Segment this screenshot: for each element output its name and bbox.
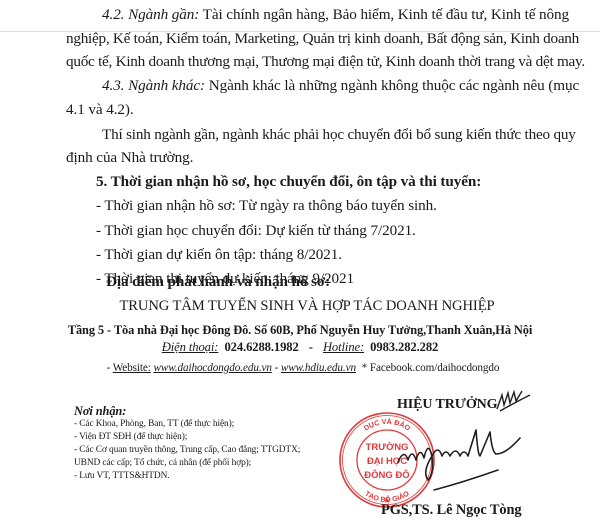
note-line-1: Thí sinh ngành gần, ngành khác phải học … [102, 126, 576, 144]
location-heading: Địa điểm phát hành và nhận hồ sơ: [106, 273, 330, 291]
contact-line: Điện thoại: 024.6288.1982 - Hotline: 098… [0, 338, 600, 356]
handwritten-signature-icon [394, 426, 534, 496]
section-4-3-label: 4.3. Ngành khác: [102, 77, 205, 94]
signatory-name: PGS,TS. Lê Ngọc Tòng [381, 501, 521, 519]
center-name: TRUNG TÂM TUYỂN SINH VÀ HỢP TÁC DOANH NG… [0, 297, 600, 315]
section-4-2-label: 4.2. Ngành gần: [102, 6, 199, 23]
recipient-item-2: - Viện ĐT SĐH (để thực hiện); [74, 431, 187, 444]
address: Tầng 5 - Tòa nhà Đại học Đông Đô. Số 60B… [0, 321, 600, 339]
section-5-heading: 5. Thời gian nhận hồ sơ, học chuyển đổi,… [96, 173, 481, 191]
section-4-2-text: Tài chính ngân hàng, Bảo hiểm, Kinh tế đ… [203, 6, 569, 23]
section-4-2-line-1: 4.2. Ngành gần: Tài chính ngân hàng, Bảo… [102, 6, 534, 24]
website-line: - Website: www.daihocdongdo.edu.vn - www… [0, 359, 600, 377]
website-label: Website: [113, 362, 151, 374]
section-4-3-line-1: 4.3. Ngành khác: Ngành khác là những ngà… [102, 77, 579, 95]
website-link-1[interactable]: www.daihocdongdo.edu.vn [154, 362, 272, 374]
section-4-3-line-2: 4.1 và 4.2). [66, 101, 134, 119]
recipient-item-1: - Các Khoa, Phòng, Ban, TT (để thực hiện… [74, 418, 234, 431]
facebook-link[interactable]: * Facebook.com/daihocdongdo [362, 362, 500, 374]
recipient-item-3: - Các Cơ quan truyền thông, Trung cấp, C… [74, 444, 300, 457]
phone-label: Điện thoại: [162, 340, 219, 354]
recipient-item-5: - Lưu VT, TTTS&HTDN. [74, 470, 170, 483]
section-4-3-text: Ngành khác là những ngành không thuộc cá… [209, 77, 579, 94]
section-5-item-2: - Thời gian học chuyển đổi: Dự kiến từ t… [96, 222, 416, 240]
section-4-2-line-2: nghiệp, Kế toán, Kiểm toán, Marketing, Q… [66, 30, 534, 48]
hotline-number[interactable]: 0983.282.282 [370, 340, 438, 354]
recipient-item-4: UBND các cấp; Tổ chức, cá nhân (để phối … [74, 457, 251, 470]
phone-number[interactable]: 024.6288.1982 [224, 340, 298, 354]
document-page: 4.2. Ngành gần: Tài chính ngân hàng, Bảo… [0, 0, 600, 522]
section-5-item-3: - Thời gian dự kiến ôn tập: tháng 8/2021… [96, 246, 342, 264]
initial-signature-icon [494, 387, 534, 415]
contact-separator: - [309, 340, 313, 354]
hotline-label: Hotline: [323, 340, 364, 354]
website-link-2[interactable]: www.hdiu.edu.vn [281, 362, 356, 374]
website-separator: - [272, 362, 281, 374]
section-4-2-line-3: quốc tế, Kinh doanh thương mại, Thương m… [66, 53, 585, 71]
note-line-2: định của Nhà trường. [66, 149, 193, 167]
section-5-item-1: - Thời gian nhận hồ sơ: Từ ngày ra thông… [96, 197, 437, 215]
